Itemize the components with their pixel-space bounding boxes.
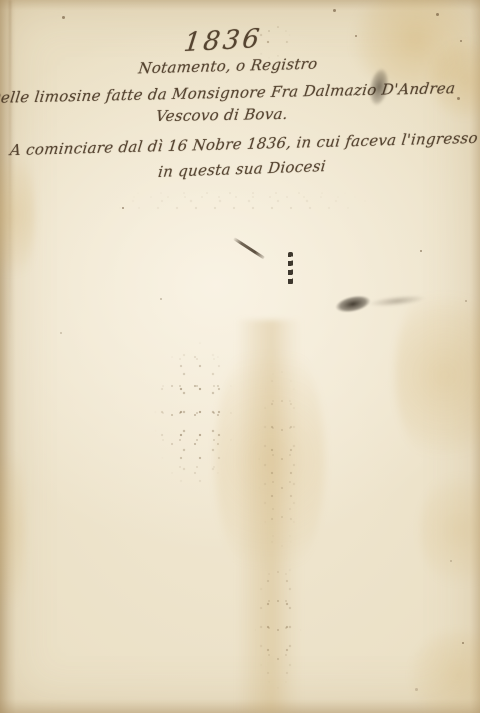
foxing-speck [460,40,462,42]
foxing-speck [415,688,418,691]
foxing-speck [122,207,124,209]
paper-stain [420,470,480,590]
ink-dash-mark [288,252,293,285]
foxing-speck [62,16,65,19]
paper-stain [410,630,480,713]
foxing-speck [160,298,162,300]
foxing-speck [355,35,357,37]
foxing-speck [462,642,464,644]
foxing-speckle-band [246,530,310,713]
foxing-speck [465,300,467,302]
manuscript-page: 1836 Notamento, o Registro Delle limosin… [0,0,480,713]
diocese-line: in questa sua Diocesi [157,157,327,181]
paper-stain [0,140,35,290]
ink-stray-stroke [233,237,265,259]
bishop-line: Vescovo di Bova. [155,105,289,125]
foxing-speckle-band [60,180,420,225]
year-heading: 1836 [182,24,264,58]
foxing-speck [457,97,460,100]
foxing-speck [420,250,422,252]
foxing-speck [60,332,62,334]
foxing-speck [450,560,452,562]
date-line: A cominciare dal dì 16 Nobre 1836, in cu… [9,129,479,159]
paper-stain [0,430,25,630]
foxing-speck [436,13,439,16]
paper-stain [395,280,480,470]
foxing-speckle-band [140,315,250,515]
foxing-speck [333,9,336,12]
register-title-line: Notamento, o Registro [137,55,318,78]
